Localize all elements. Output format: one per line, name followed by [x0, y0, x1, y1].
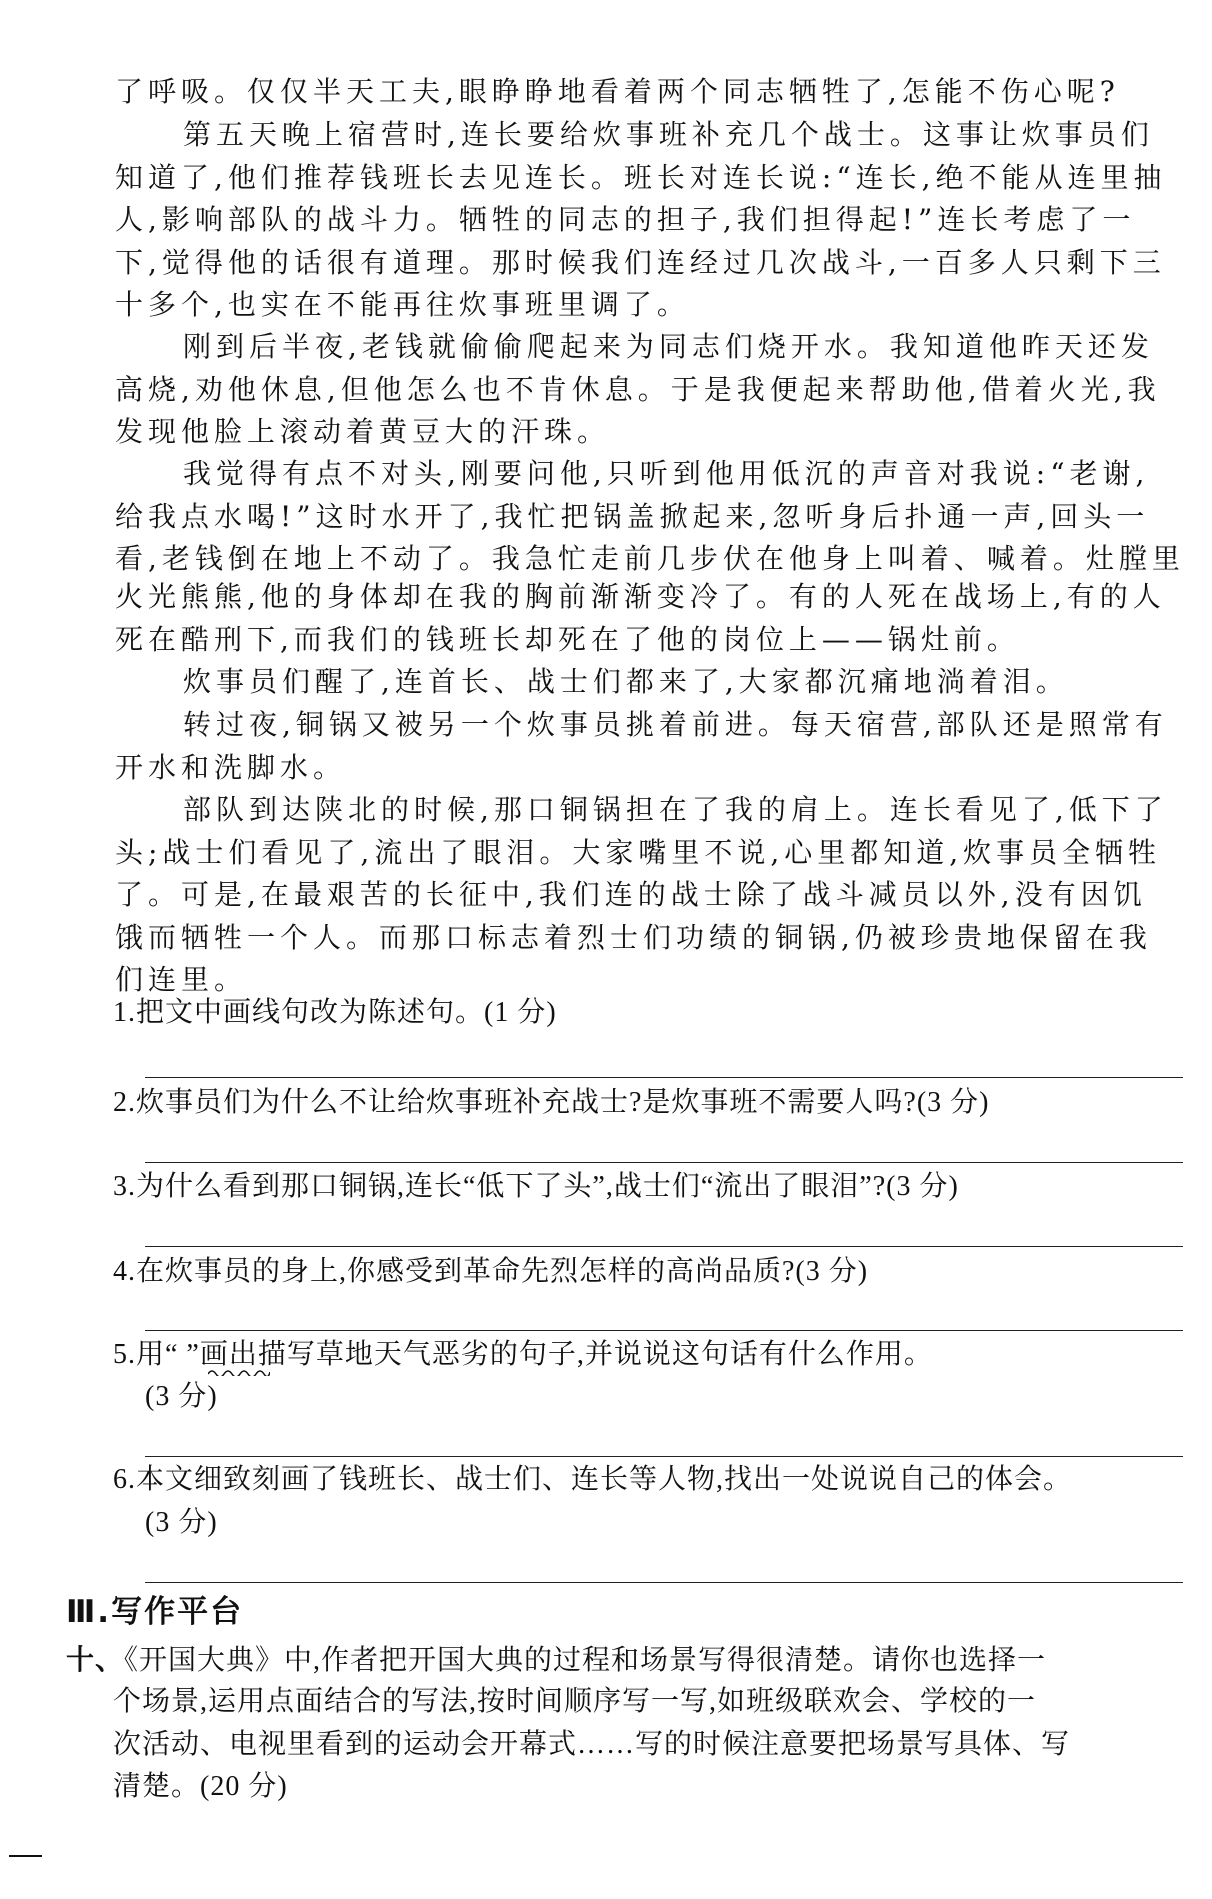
passage-line: 下,觉得他的话很有道理。那时候我们连经过几次战斗,一百多人只剩下三 — [115, 245, 1185, 281]
question-text: 在炊事员的身上,你感受到革命先烈怎样的高尚品质?(3 分) — [136, 1256, 868, 1287]
wavy-underline-mark — [208, 1368, 270, 1376]
answer-line-1[interactable] — [145, 1077, 1183, 1078]
question-number: 3. — [113, 1171, 136, 1202]
page-marker-dash — [9, 1855, 42, 1857]
question-1: 1.把文中画线句改为陈述句。(1 分) — [113, 995, 557, 1031]
passage-line: 第五天晚上宿营时,连长要给炊事班补充几个战士。这事让炊事员们 — [183, 117, 1212, 153]
answer-line-2[interactable] — [145, 1162, 1183, 1163]
answer-line-4[interactable] — [145, 1330, 1183, 1331]
question-6: 6.本文细致刻画了钱班长、战士们、连长等人物,找出一处说说自己的体会。 — [113, 1462, 1072, 1498]
essay-line: 次活动、电视里看到的运动会开幕式……写的时候注意要把场景写具体、写 — [113, 1727, 1070, 1763]
passage-line: 了。可是,在最艰苦的长征中,我们连的战士除了战斗减员以外,没有因饥 — [115, 877, 1185, 913]
question-2: 2.炊事员们为什么不让给炊事班补充战士?是炊事班不需要人吗?(3 分) — [113, 1085, 990, 1121]
passage-line: 发现他脸上滚动着黄豆大的汗珠。 — [115, 414, 1185, 450]
passage-line: 饿而牺牲一个人。而那口标志着烈士们功绩的铜锅,仍被珍贵地保留在我 — [115, 920, 1185, 956]
question-text: 用“ ”画出描写草地天气恶劣的句子,并说说这句话有什么作用。 — [136, 1339, 933, 1370]
passage-line: 部队到达陕北的时候,那口铜锅担在了我的肩上。连长看见了,低下了 — [183, 792, 1212, 828]
answer-line-6[interactable] — [145, 1582, 1183, 1583]
section-heading: Ⅲ.写作平台 — [66, 1592, 243, 1632]
question-number: 6. — [113, 1464, 136, 1495]
question-5-continuation: (3 分) — [145, 1379, 218, 1415]
question-number: 1. — [113, 997, 136, 1028]
passage-line: 死在酷刑下,而我们的钱班长却死在了他的岗位上——锅灶前。 — [115, 622, 1185, 658]
essay-line: 个场景,运用点面结合的写法,按时间顺序写一写,如班级联欢会、学校的一 — [113, 1684, 1036, 1720]
answer-line-3[interactable] — [145, 1246, 1183, 1247]
passage-line: 给我点水喝!”这时水开了,我忙把锅盖掀起来,忽听身后扑通一声,回头一 — [115, 499, 1185, 535]
essay-text: 《开国大典》中,作者把开国大典的过程和场景写得很清楚。请你也选择一 — [124, 1645, 1046, 1676]
passage-line: 火光熊熊,他的身体却在我的胸前渐渐变冷了。有的人死在战场上,有的人 — [115, 579, 1185, 615]
question-6-continuation: (3 分) — [145, 1505, 218, 1541]
passage-line: 十多个,也实在不能再往炊事班里调了。 — [115, 287, 1185, 323]
question-text: 为什么看到那口铜锅,连长“低下了头”,战士们“流出了眼泪”?(3 分) — [136, 1171, 959, 1202]
question-text: 把文中画线句改为陈述句。(1 分) — [136, 997, 557, 1028]
question-text: 炊事员们为什么不让给炊事班补充战士?是炊事班不需要人吗?(3 分) — [136, 1087, 990, 1118]
question-number: 2. — [113, 1087, 136, 1118]
question-number: 4. — [113, 1256, 136, 1287]
question-4: 4.在炊事员的身上,你感受到革命先烈怎样的高尚品质?(3 分) — [113, 1254, 868, 1290]
answer-line-5[interactable] — [145, 1456, 1183, 1457]
passage-line: 开水和洗脚水。 — [115, 750, 1185, 786]
question-number: 5. — [113, 1339, 136, 1370]
passage-line: 知道了,他们推荐钱班长去见连长。班长对连长说:“连长,绝不能从连里抽 — [115, 160, 1185, 196]
passage-line: 转过夜,铜锅又被另一个炊事员挑着前进。每天宿营,部队还是照常有 — [183, 707, 1212, 743]
passage-line: 了呼吸。仅仅半天工夫,眼睁睁地看着两个同志牺牲了,怎能不伤心呢? — [115, 74, 1185, 110]
passage-line: 头;战士们看见了,流出了眼泪。大家嘴里不说,心里都知道,炊事员全牺牲 — [115, 835, 1185, 871]
passage-line: 我觉得有点不对头,刚要问他,只听到他用低沉的声音对我说:“老谢, — [183, 456, 1212, 492]
passage-line: 们连里。 — [115, 962, 1185, 998]
essay-line: 清楚。(20 分) — [113, 1769, 288, 1805]
question-text: 本文细致刻画了钱班长、战士们、连长等人物,找出一处说说自己的体会。 — [136, 1464, 1072, 1495]
question-3: 3.为什么看到那口铜锅,连长“低下了头”,战士们“流出了眼泪”?(3 分) — [113, 1169, 959, 1205]
passage-line: 炊事员们醒了,连首长、战士们都来了,大家都沉痛地淌着泪。 — [183, 664, 1212, 700]
passage-line: 人,影响部队的战斗力。牺牲的同志的担子,我们担得起!”连长考虑了一 — [115, 202, 1185, 238]
passage-line: 高烧,劝他休息,但他怎么也不肯休息。于是我便起来帮助他,借着火光,我 — [115, 372, 1185, 408]
essay-line: 十、《开国大典》中,作者把开国大典的过程和场景写得很清楚。请你也选择一 — [66, 1642, 1046, 1678]
passage-line: 看,老钱倒在地上不动了。我急忙走前几步伏在他身上叫着、喊着。灶膛里 — [115, 541, 1185, 577]
passage-line: 刚到后半夜,老钱就偷偷爬起来为同志们烧开水。我知道他昨天还发 — [183, 329, 1212, 365]
essay-number: 十、 — [66, 1643, 124, 1676]
